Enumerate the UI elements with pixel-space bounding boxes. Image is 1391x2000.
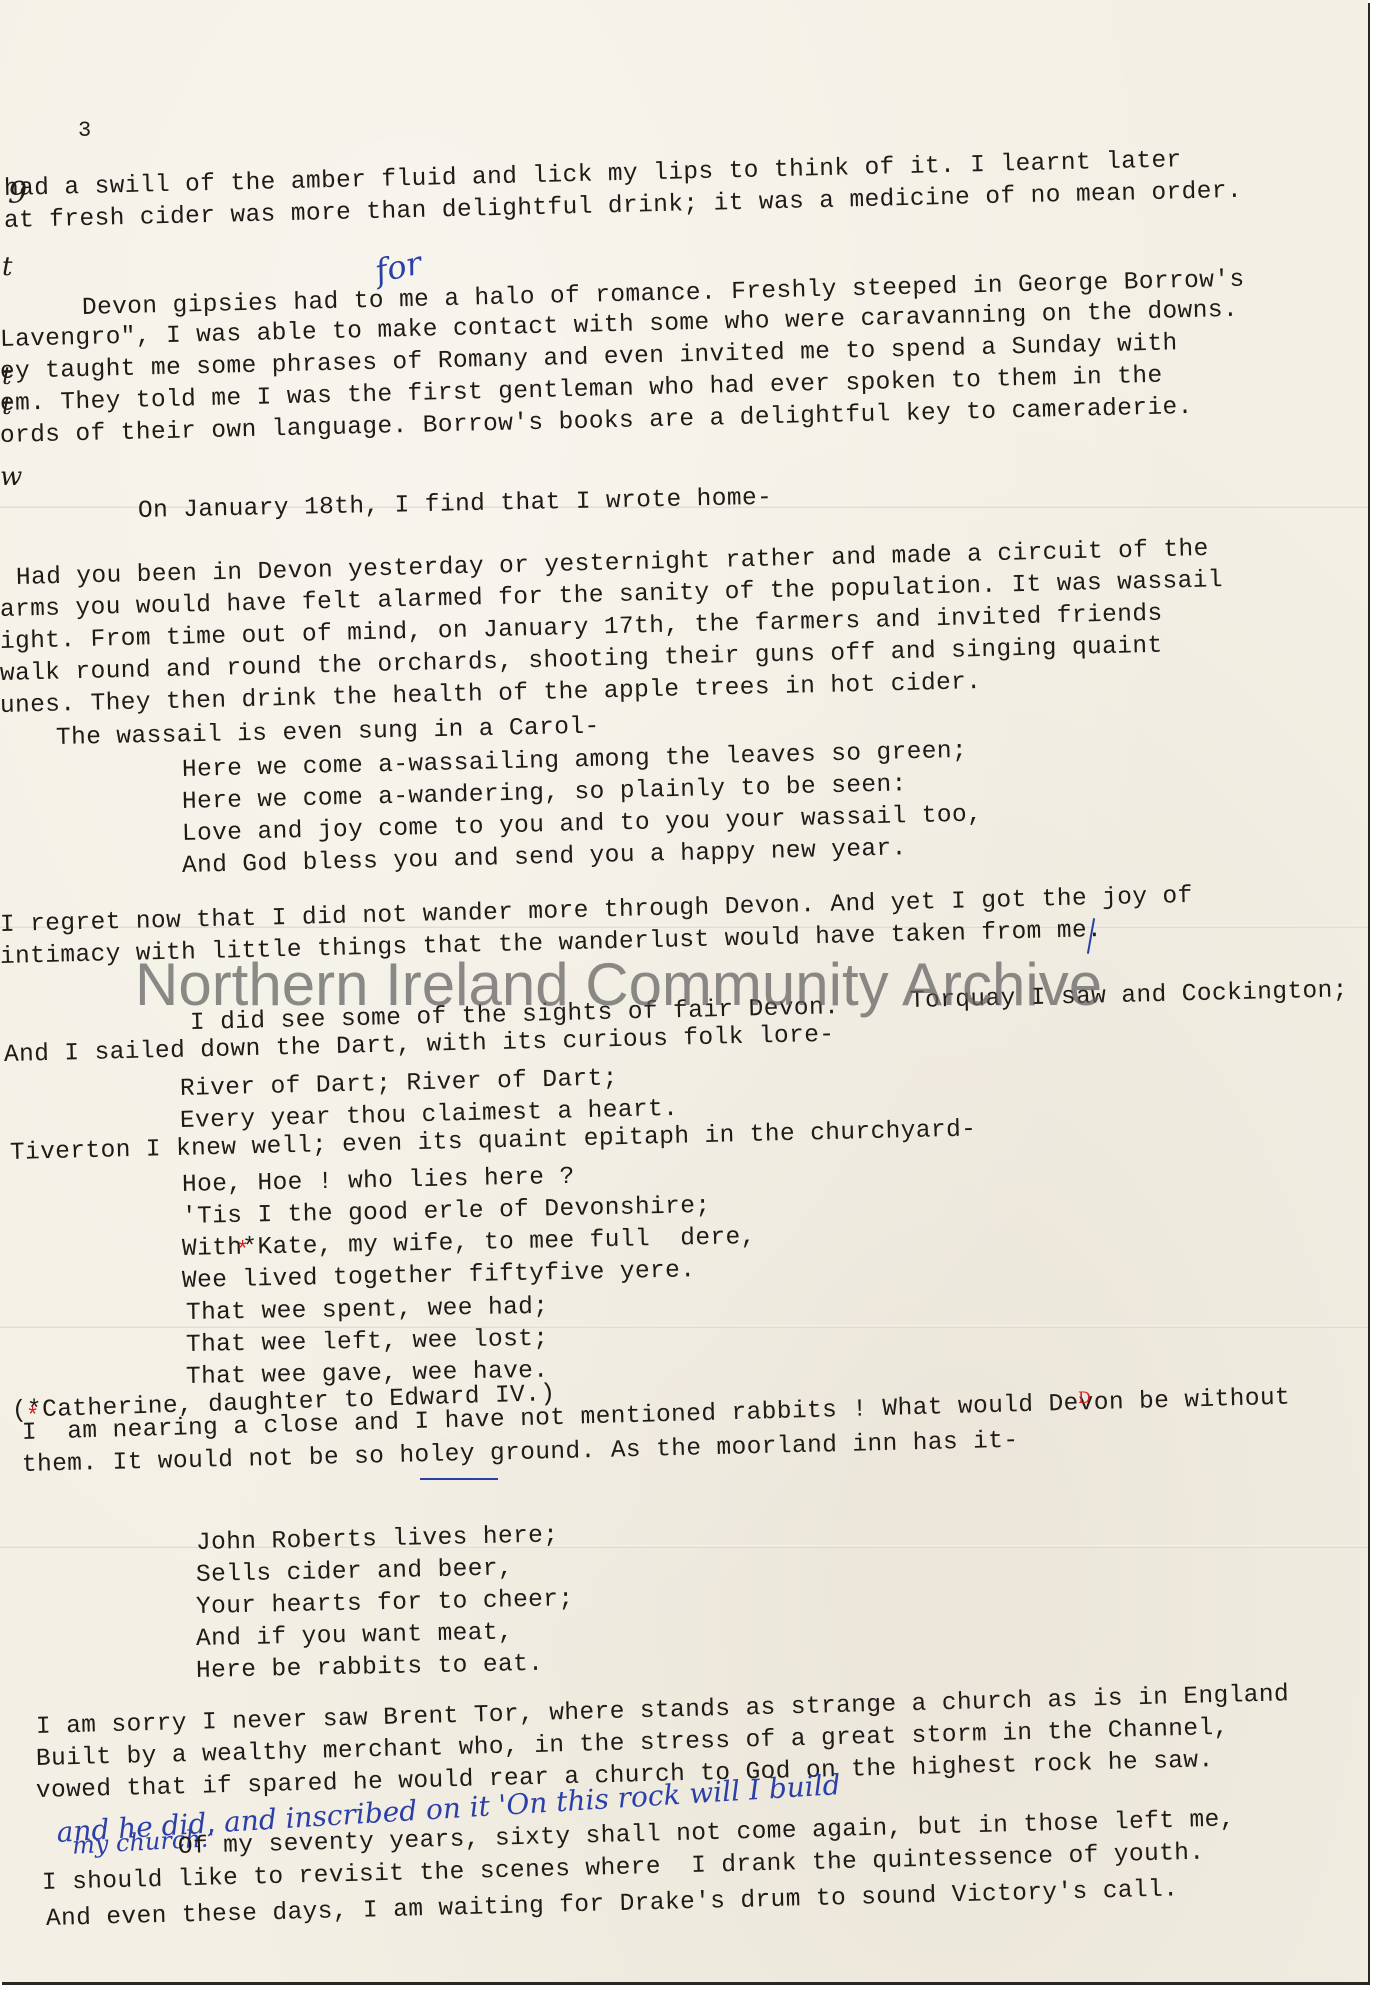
- margin-mark: w: [0, 462, 22, 492]
- poem-line: Hoe, Hoe ! who lies here ?: [182, 1164, 575, 1199]
- poem-line: Wee lived together fiftyfive yere.: [182, 1257, 696, 1295]
- document-page: 3 9 t t t w had a swill of the amber flu…: [0, 0, 1368, 1982]
- poem-line: John Roberts lives here;: [196, 1522, 559, 1557]
- margin-mark: t: [2, 252, 12, 282]
- poem-line: Here be rabbits to eat.: [196, 1651, 544, 1685]
- page-number: 3: [78, 118, 91, 143]
- archive-watermark: Northern Ireland Community Archive: [135, 950, 1102, 1019]
- poem-line: That wee left, wee lost;: [186, 1326, 549, 1359]
- handwritten-insert-for: for: [372, 244, 425, 291]
- text-line: The wassail is even sung in a Carol-: [56, 714, 600, 752]
- poem-line: River of Dart; River of Dart;: [180, 1065, 619, 1103]
- poem-line: That wee spent, wee had;: [186, 1294, 549, 1327]
- red-correction-d: D: [1078, 1388, 1091, 1407]
- holey-underline: [420, 1478, 498, 1480]
- poem-line: Your hearts for to cheer;: [196, 1586, 574, 1621]
- poem-line: 'Tis I the good erle of Devonshire;: [182, 1193, 711, 1231]
- poem-line: Sells cider and beer,: [196, 1555, 514, 1589]
- poem-line: And if you want meat,: [196, 1619, 514, 1653]
- red-asterisk: *: [236, 1238, 249, 1263]
- text-line: On January 18th, I find that I wrote hom…: [138, 485, 773, 525]
